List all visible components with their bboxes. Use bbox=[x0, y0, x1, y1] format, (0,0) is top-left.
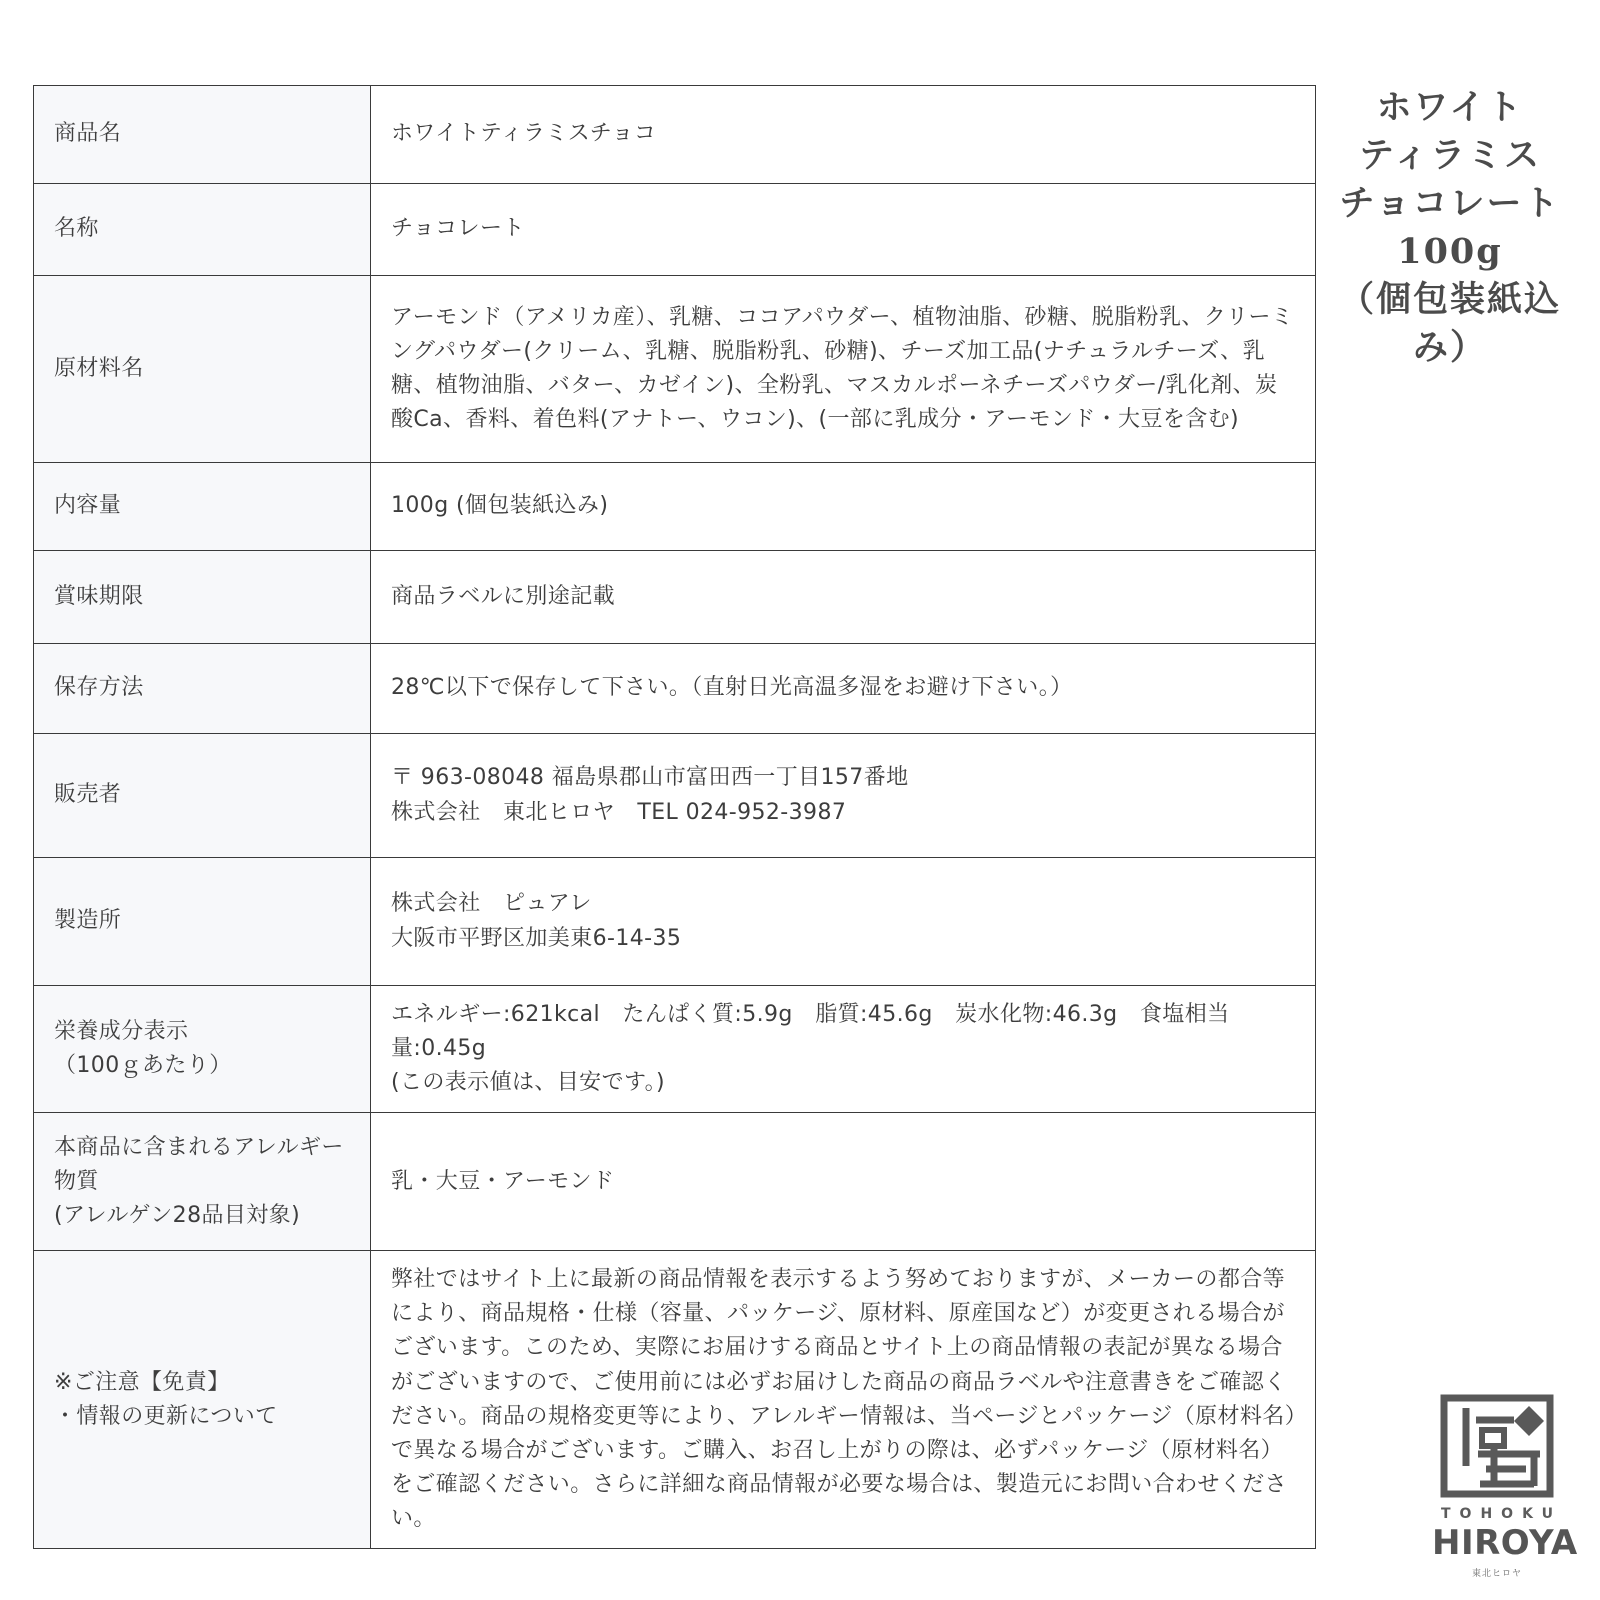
logo-japanese-small-text: 東北ヒロヤ bbox=[1432, 1566, 1562, 1579]
table-row-nutrition: 栄養成分表示 （100ｇあたり） エネルギー:621kcal たんぱく質:5.9… bbox=[34, 986, 1315, 1113]
row-value: 100g (個包装紙込み) bbox=[371, 463, 1315, 550]
row-value: 乳・大豆・アーモンド bbox=[371, 1113, 1315, 1250]
table-row-disclaimer: ※ご注意【免責】 ・情報の更新について 弊社ではサイト上に最新の商品情報を表示す… bbox=[34, 1251, 1315, 1548]
logo-hiroya-text: HIROYA bbox=[1432, 1523, 1562, 1563]
table-row-manufacturer: 製造所 株式会社 ピュアレ 大阪市平野区加美東6-14-35 bbox=[34, 858, 1315, 986]
row-value: 28℃以下で保存して下さい。（直射日光高温多湿をお避け下さい。） bbox=[371, 644, 1315, 733]
row-label: 内容量 bbox=[34, 463, 371, 550]
logo-tohoku-text: TOHOKU bbox=[1432, 1506, 1562, 1522]
product-spec-table: 商品名 ホワイトティラミスチョコ 名称 チョコレート 原材料名 アーモンド（アメ… bbox=[33, 85, 1316, 1549]
table-row-allergens: 本商品に含まれるアレルギー物質 (アレルゲン28品目対象) 乳・大豆・アーモンド bbox=[34, 1113, 1315, 1251]
row-value: アーモンド（アメリカ産）、乳糖、ココアパウダー、植物油脂、砂糖、脱脂粉乳、クリー… bbox=[371, 276, 1315, 462]
row-value: 商品ラベルに別途記載 bbox=[371, 551, 1315, 643]
row-value: 株式会社 ピュアレ 大阪市平野区加美東6-14-35 bbox=[371, 858, 1315, 985]
row-label: ※ご注意【免責】 ・情報の更新について bbox=[34, 1251, 371, 1548]
product-title-line: （個包装紙込み） bbox=[1316, 276, 1584, 372]
row-value: ホワイトティラミスチョコ bbox=[371, 86, 1315, 183]
table-row-designation: 名称 チョコレート bbox=[34, 184, 1315, 276]
row-label: 商品名 bbox=[34, 86, 371, 183]
row-label: 本商品に含まれるアレルギー物質 (アレルゲン28品目対象) bbox=[34, 1113, 371, 1250]
table-row-seller: 販売者 〒 963-08048 福島県郡山市富田西一丁目157番地 株式会社 東… bbox=[34, 734, 1315, 858]
row-label: 販売者 bbox=[34, 734, 371, 857]
row-label: 栄養成分表示 （100ｇあたり） bbox=[34, 986, 371, 1112]
product-title-block: ホワイト ティラミス チョコレート 100g （個包装紙込み） bbox=[1316, 84, 1584, 372]
product-title-line: チョコレート bbox=[1316, 180, 1584, 228]
row-label: 製造所 bbox=[34, 858, 371, 985]
page: 商品名 ホワイトティラミスチョコ 名称 チョコレート 原材料名 アーモンド（アメ… bbox=[0, 0, 1600, 1600]
row-value: 弊社ではサイト上に最新の商品情報を表示するよう努めておりますが、メーカーの都合等… bbox=[371, 1251, 1315, 1548]
row-label: 保存方法 bbox=[34, 644, 371, 733]
logo-diamond-icon bbox=[1514, 1406, 1544, 1436]
row-value: 〒 963-08048 福島県郡山市富田西一丁目157番地 株式会社 東北ヒロヤ… bbox=[371, 734, 1315, 857]
product-title-line: 100g bbox=[1316, 228, 1584, 276]
brand-logo: TOHOKU HIROYA 東北ヒロヤ bbox=[1432, 1394, 1562, 1579]
table-row-ingredients: 原材料名 アーモンド（アメリカ産）、乳糖、ココアパウダー、植物油脂、砂糖、脱脂粉… bbox=[34, 276, 1315, 463]
table-row-net-content: 内容量 100g (個包装紙込み) bbox=[34, 463, 1315, 551]
row-value: エネルギー:621kcal たんぱく質:5.9g 脂質:45.6g 炭水化物:4… bbox=[371, 986, 1315, 1112]
row-label: 原材料名 bbox=[34, 276, 371, 462]
product-title-line: ティラミス bbox=[1316, 132, 1584, 180]
row-label: 名称 bbox=[34, 184, 371, 275]
row-value: チョコレート bbox=[371, 184, 1315, 275]
table-row-storage: 保存方法 28℃以下で保存して下さい。（直射日光高温多湿をお避け下さい。） bbox=[34, 644, 1315, 734]
hiroya-logo-mark bbox=[1440, 1394, 1554, 1498]
table-row-product-name: 商品名 ホワイトティラミスチョコ bbox=[34, 86, 1315, 184]
table-row-best-before: 賞味期限 商品ラベルに別途記載 bbox=[34, 551, 1315, 644]
row-label: 賞味期限 bbox=[34, 551, 371, 643]
product-title-line: ホワイト bbox=[1316, 84, 1584, 132]
